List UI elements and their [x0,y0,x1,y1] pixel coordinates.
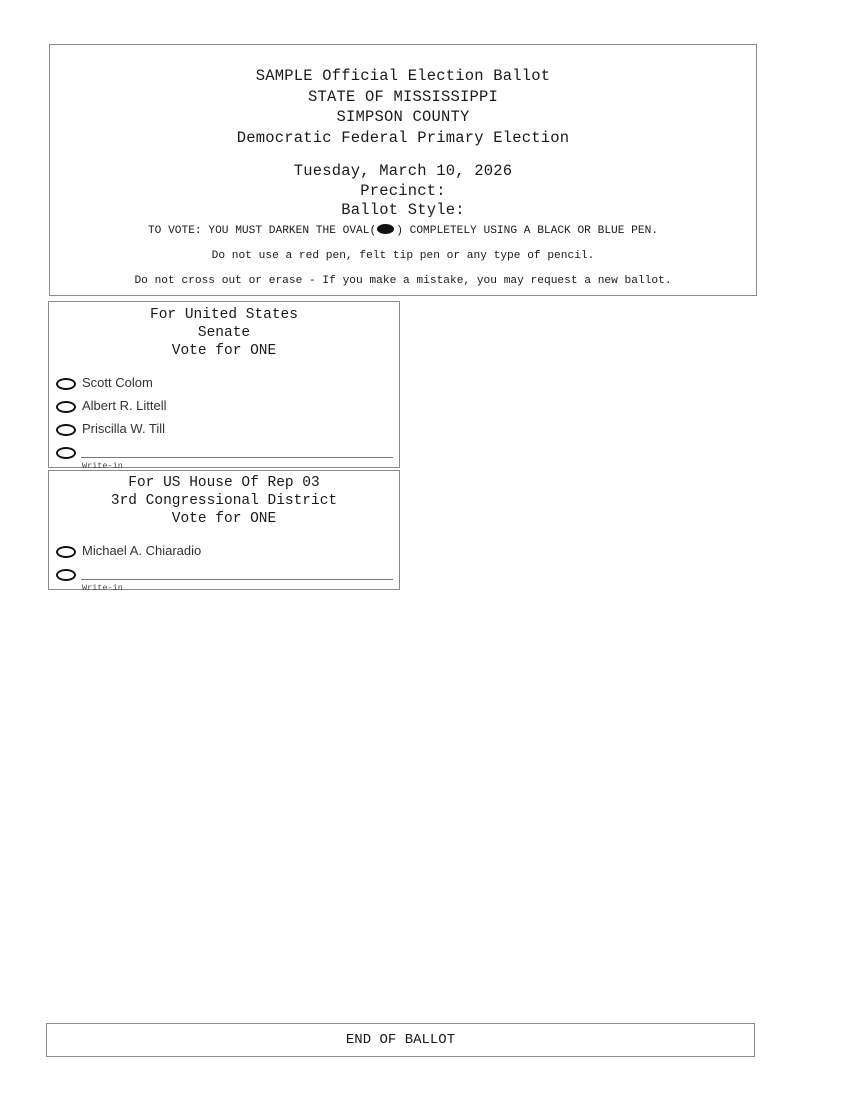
instruction-line-1-post: ) COMPLETELY USING A BLACK OR BLUE PEN. [396,225,658,237]
contest-subtitle: Senate [49,325,399,341]
oval-icon[interactable] [56,378,76,390]
vote-for-count: Vote for ONE [49,511,399,527]
instruction-line-2: Do not use a red pen, felt tip pen or an… [50,250,756,262]
oval-icon[interactable] [56,546,76,558]
writein-label: Write-in [82,583,123,593]
oval-icon[interactable] [56,447,76,459]
writein-input-line[interactable] [81,579,393,580]
ballot-title: SAMPLE Official Election Ballot [50,67,756,85]
state-name: STATE OF MISSISSIPPI [50,88,756,106]
county-name: SIMPSON COUNTY [50,108,756,126]
oval-icon[interactable] [56,569,76,581]
candidate-option[interactable]: Albert R. Littell [56,398,393,416]
candidate-option[interactable]: Michael A. Chiaradio [56,543,393,561]
candidate-option[interactable]: Priscilla W. Till [56,421,393,439]
contest-us-house: For US House Of Rep 03 3rd Congressional… [48,470,400,590]
writein-input-line[interactable] [81,457,393,458]
oval-icon[interactable] [56,401,76,413]
contest-title: For US House Of Rep 03 [49,475,399,491]
instruction-line-3: Do not cross out or erase - If you make … [50,275,756,287]
candidate-name: Albert R. Littell [82,398,167,413]
ballot-header: SAMPLE Official Election Ballot STATE OF… [49,44,757,218]
writein-option[interactable]: Write-in [56,444,393,466]
writein-option[interactable]: Write-in [56,566,393,588]
candidate-name: Michael A. Chiaradio [82,543,201,558]
election-name: Democratic Federal Primary Election [50,129,756,147]
vote-for-count: Vote for ONE [49,343,399,359]
contest-subtitle: 3rd Congressional District [49,493,399,509]
contest-title: For United States [49,307,399,323]
voting-instructions: TO VOTE: YOU MUST DARKEN THE OVAL() COMP… [49,217,757,296]
candidate-name: Priscilla W. Till [82,421,165,436]
end-of-ballot: END OF BALLOT [46,1023,755,1057]
election-date: Tuesday, March 10, 2026 [50,162,756,180]
precinct-label: Precinct: [50,182,756,200]
oval-icon[interactable] [56,424,76,436]
filled-oval-icon [377,224,394,234]
instruction-line-1-pre: TO VOTE: YOU MUST DARKEN THE OVAL( [148,225,376,237]
instruction-line-1: TO VOTE: YOU MUST DARKEN THE OVAL() COMP… [50,224,756,237]
candidate-name: Scott Colom [82,375,153,390]
contest-us-senate: For United States Senate Vote for ONE Sc… [48,301,400,468]
end-of-ballot-label: END OF BALLOT [47,1032,754,1048]
candidate-option[interactable]: Scott Colom [56,375,393,393]
